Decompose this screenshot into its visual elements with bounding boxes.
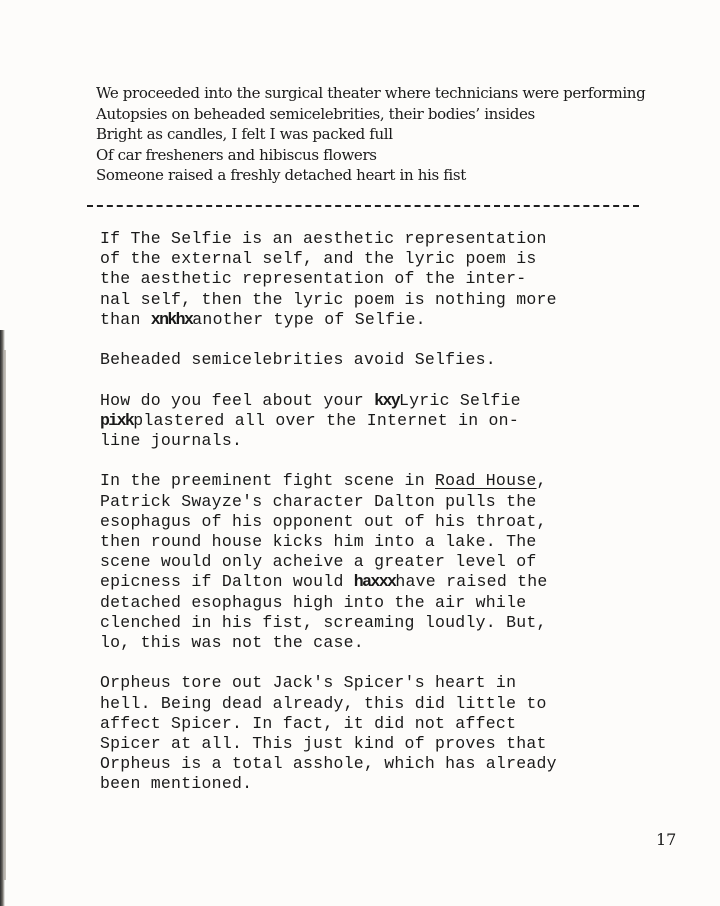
poem-line: Bright as candles, I felt I was packed f… xyxy=(96,124,645,145)
poem-line: We proceeded into the surgical theater w… xyxy=(96,83,645,104)
poem-excerpt: We proceeded into the surgical theater w… xyxy=(96,83,645,186)
scan-edge-line xyxy=(4,350,6,880)
text-line: Beheaded semicelebrities avoid Selfies. xyxy=(100,350,496,369)
struck-out-text: haxxx xyxy=(354,572,396,591)
text-line: Patrick Swayze's character Dalton pulls … xyxy=(100,492,537,511)
text-fragment: Lyric Selfie xyxy=(399,391,521,410)
text-line: been mentioned. xyxy=(100,774,252,793)
typewritten-prose: If The Selfie is an aesthetic representa… xyxy=(100,229,670,795)
text-line: Orpheus tore out Jack's Spicer's heart i… xyxy=(100,673,516,692)
text-line: Spicer at all. This just kind of proves … xyxy=(100,734,547,753)
text-line: Orpheus is a total asshole, which has al… xyxy=(100,754,557,773)
text-fragment: have raised the xyxy=(395,572,547,591)
text-fragment: , xyxy=(537,471,547,490)
paragraph-beheaded: Beheaded semicelebrities avoid Selfies. xyxy=(100,350,670,370)
paragraph-lyric-selfie: How do you feel about your kxyLyric Self… xyxy=(100,391,670,452)
spacer xyxy=(100,653,670,673)
text-fragment: another type of Selfie. xyxy=(192,310,426,329)
spacer xyxy=(100,370,670,390)
poem-line: Someone raised a freshly detached heart … xyxy=(96,165,645,186)
struck-out-text: xnkhx xyxy=(151,310,193,329)
struck-out-text: kxy xyxy=(374,391,399,410)
text-line: the aesthetic representation of the inte… xyxy=(100,269,526,288)
text-line: clenched in his fist, screaming loudly. … xyxy=(100,613,547,632)
text-line: of the external self, and the lyric poem… xyxy=(100,249,537,268)
poem-line: Of car fresheners and hibiscus flowers xyxy=(96,145,645,166)
text-fragment: than xyxy=(100,310,151,329)
text-line: nal self, then the lyric poem is nothing… xyxy=(100,290,557,309)
text-line: affect Spicer. In fact, it did not affec… xyxy=(100,714,516,733)
paragraph-orpheus: Orpheus tore out Jack's Spicer's heart i… xyxy=(100,673,670,794)
text-line: If The Selfie is an aesthetic representa… xyxy=(100,229,547,248)
text-line: lo, this was not the case. xyxy=(100,633,364,652)
text-line: esophagus of his opponent out of his thr… xyxy=(100,512,547,531)
text-fragment: How do you feel about your xyxy=(100,391,374,410)
text-fragment: In the preeminent fight scene in xyxy=(100,471,435,490)
film-title: Road House xyxy=(435,471,537,490)
page-number: 17 xyxy=(656,830,676,849)
text-fragment: epicness if Dalton would xyxy=(100,572,354,591)
spacer xyxy=(100,451,670,471)
text-line: hell. Being dead already, this did littl… xyxy=(100,694,547,713)
struck-out-text: pixk xyxy=(100,411,133,430)
paragraph-road-house: In the preeminent fight scene in Road Ho… xyxy=(100,471,670,653)
spacer xyxy=(100,330,670,350)
paragraph-selfie-definition: If The Selfie is an aesthetic representa… xyxy=(100,229,670,330)
dashed-divider xyxy=(87,205,639,207)
text-line: detached esophagus high into the air whi… xyxy=(100,593,526,612)
poem-line: Autopsies on beheaded semicelebrities, t… xyxy=(96,104,645,125)
text-line: scene would only acheive a greater level… xyxy=(100,552,537,571)
text-line: line journals. xyxy=(100,431,242,450)
text-line: then round house kicks him into a lake. … xyxy=(100,532,537,551)
text-fragment: plastered all over the Internet in on- xyxy=(133,411,519,430)
